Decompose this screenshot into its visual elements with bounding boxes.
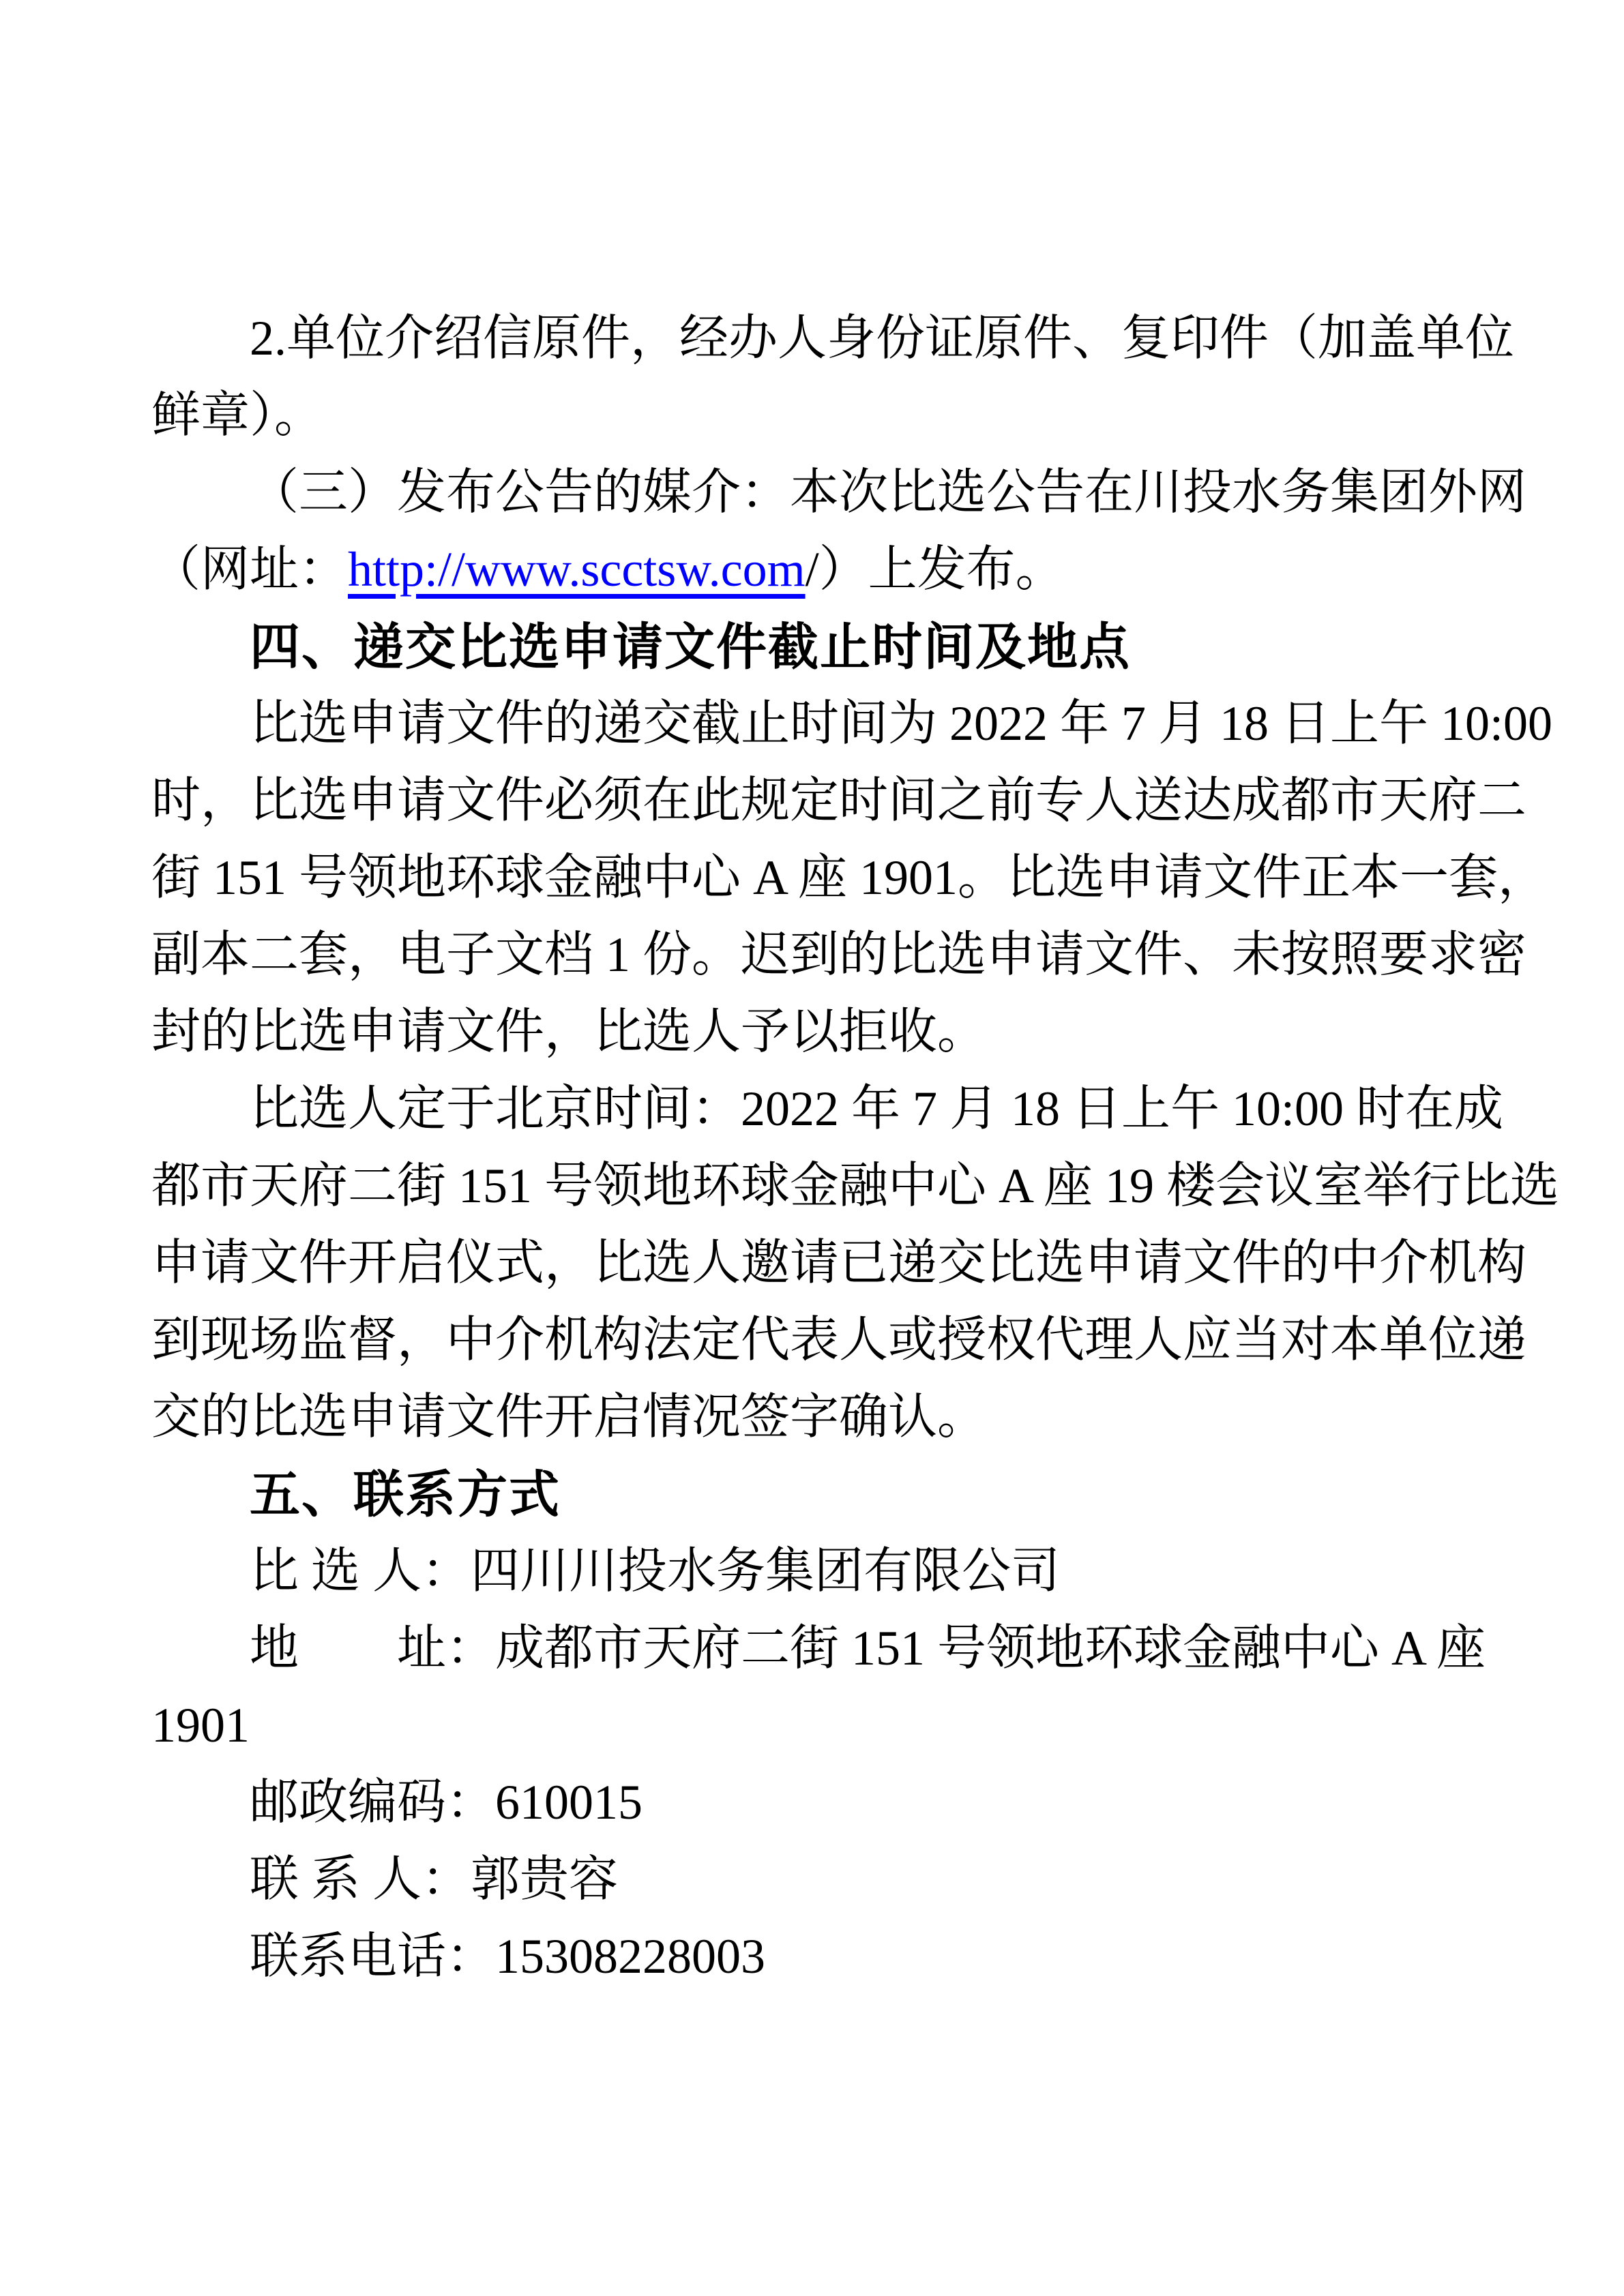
para-deadline-line: 比选申请文件的递交截止时间为 2022 年 7 月 18 日上午 10:00 xyxy=(151,685,1488,762)
url-prefix-text: （网址： xyxy=(151,542,348,597)
website-link[interactable]: http://www.scctsw.com xyxy=(348,542,806,597)
para-attachment-line: 鲜章）。 xyxy=(151,377,1488,454)
contact-phone-line: 联系电话：15308228003 xyxy=(151,1918,1488,1995)
para-opening-line: 比选人定于北京时间：2022 年 7 月 18 日上午 10:00 时在成 xyxy=(151,1071,1488,1148)
contact-person-line: 联 系 人：郭贵容 xyxy=(151,1841,1488,1918)
para-deadline-line: 时，比选申请文件必须在此规定时间之前专人送达成都市天府二 xyxy=(151,762,1488,839)
para-attachment-line: 2.单位介绍信原件，经办人身份证原件、复印件（加盖单位 xyxy=(151,300,1488,377)
para-media-line: （三）发布公告的媒介：本次比选公告在川投水务集团外网 xyxy=(151,454,1488,531)
para-opening-line: 到现场监督，中介机构法定代表人或授权代理人应当对本单位递 xyxy=(151,1302,1488,1379)
section-heading-five: 五、联系方式 xyxy=(151,1456,1488,1533)
contact-address-line: 1901 xyxy=(151,1687,1488,1764)
para-opening-line: 都市天府二街 151 号领地环球金融中心 A 座 19 楼会议室举行比选 xyxy=(151,1148,1488,1225)
para-opening-line: 交的比选申请文件开启情况签字确认。 xyxy=(151,1379,1488,1456)
url-paragraph-line: （网址：http://www.scctsw.com/）上发布。 xyxy=(151,531,1488,608)
document-page: 2.单位介绍信原件，经办人身份证原件、复印件（加盖单位 鲜章）。 （三）发布公告… xyxy=(0,0,1624,2296)
section-heading-four: 四、递交比选申请文件截止时间及地点 xyxy=(151,608,1488,685)
para-deadline-line: 副本二套，电子文档 1 份。迟到的比选申请文件、未按照要求密 xyxy=(151,916,1488,994)
para-deadline-line: 封的比选申请文件，比选人予以拒收。 xyxy=(151,994,1488,1071)
contact-selector-line: 比 选 人：四川川投水务集团有限公司 xyxy=(151,1533,1488,1610)
contact-address-line: 地 址：成都市天府二街 151 号领地环球金融中心 A 座 xyxy=(151,1610,1488,1687)
url-suffix-text: /）上发布。 xyxy=(806,542,1065,597)
contact-postcode-line: 邮政编码：610015 xyxy=(151,1764,1488,1841)
para-deadline-line: 街 151 号领地环球金融中心 A 座 1901。比选申请文件正本一套， xyxy=(151,839,1488,916)
para-opening-line: 申请文件开启仪式，比选人邀请已递交比选申请文件的中介机构 xyxy=(151,1225,1488,1302)
